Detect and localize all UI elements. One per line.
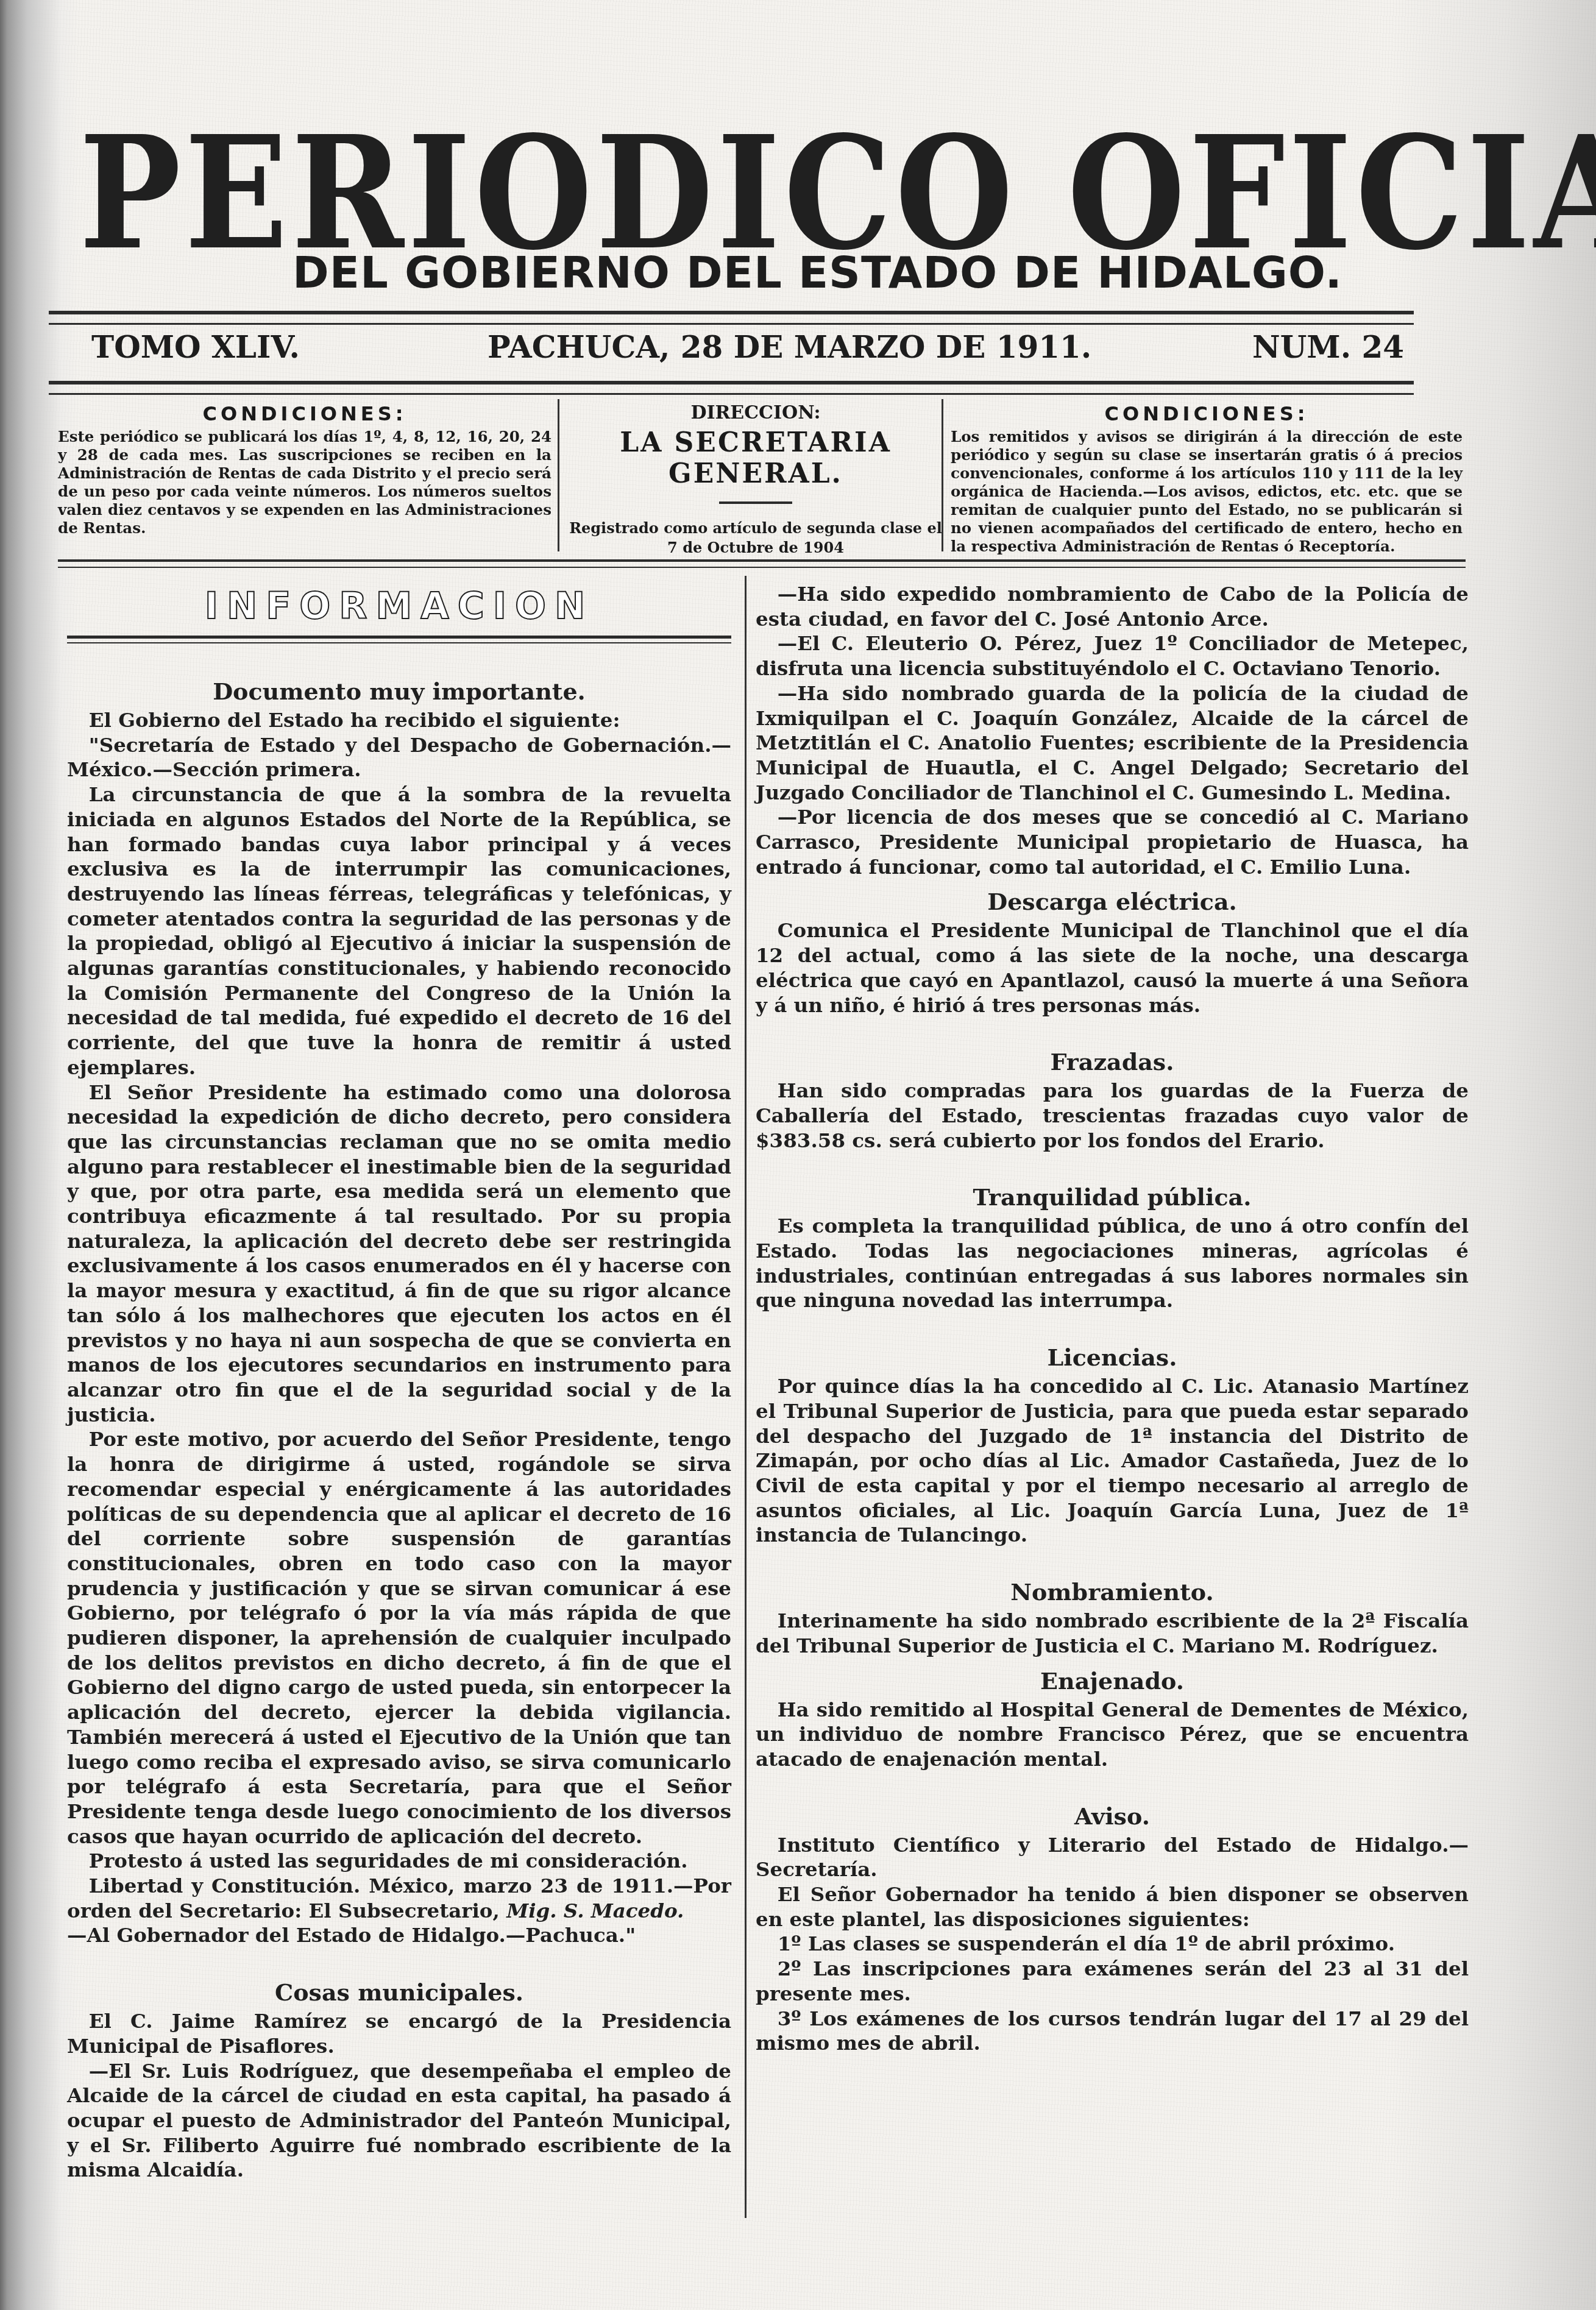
article-headline: Frazadas. <box>756 1048 1469 1076</box>
conditions-box-right: CONDICIONES: Los remitidos y avisos se d… <box>951 402 1463 548</box>
article-headline: Aviso. <box>756 1802 1469 1830</box>
brief-notices: —Ha sido expedido nombramiento de Cabo d… <box>756 582 1469 879</box>
article-headline: Licencias. <box>756 1344 1469 1372</box>
article-paragraph: La circunstancia de que á la sombra de l… <box>67 782 731 1080</box>
article-nombramiento: Nombramiento. Interinamente ha sido nomb… <box>756 1578 1469 1658</box>
conditions-text-left: Este periódico se publicará los días 1º,… <box>58 428 552 537</box>
signature: Mig. S. Macedo. <box>506 1899 684 1922</box>
box-divider <box>942 399 943 551</box>
article-paragraph: Por quince días la ha concedido al C. Li… <box>756 1374 1469 1548</box>
registration-note: Registrado como artículo de segunda clas… <box>564 519 948 558</box>
article-paragraph: Protesto á usted las seguridades de mi c… <box>67 1849 731 1874</box>
conditions-text-right: Los remitidos y avisos se dirigirán á la… <box>951 428 1463 556</box>
notice-paragraph: —Ha sido nombrado guarda de la policía d… <box>756 681 1469 806</box>
article-headline: Descarga eléctrica. <box>756 888 1469 916</box>
masthead-rule-bottom <box>49 381 1414 395</box>
volume-label: TOMO XLIV. <box>91 329 300 365</box>
direction-rule <box>719 501 792 504</box>
article-paragraph: El Señor Gobernador ha tenido á bien dis… <box>756 1882 1469 1932</box>
notice-paragraph: —Ha sido expedido nombramiento de Cabo d… <box>756 582 1469 631</box>
article-paragraph: —Al Gobernador del Estado de Hidalgo.—Pa… <box>67 1923 731 1948</box>
article-paragraph: Han sido compradas para los guardas de l… <box>756 1079 1469 1153</box>
article-headline: Nombramiento. <box>756 1578 1469 1606</box>
conditions-box-left: CONDICIONES: Este periódico se publicará… <box>58 402 552 548</box>
article-aviso: Aviso. Instituto Científico y Literario … <box>756 1802 1469 2056</box>
article-paragraph: Por este motivo, por acuerdo del Señor P… <box>67 1427 731 1849</box>
conditions-heading-right: CONDICIONES: <box>951 402 1463 425</box>
direction-name: LA SECRETARIA GENERAL. <box>564 427 948 489</box>
article-headline: Documento muy importante. <box>67 678 731 706</box>
list-item: 3º Los exámenes de los cursos tendrán lu… <box>756 2007 1469 2056</box>
article-licencias: Licencias. Por quince días la ha concedi… <box>756 1344 1469 1548</box>
conditions-heading-left: CONDICIONES: <box>58 402 552 425</box>
article-paragraph: Libertad y Constitución. México, marzo 2… <box>67 1874 731 1923</box>
article-paragraph: Instituto Científico y Literario del Est… <box>756 1833 1469 1882</box>
list-item: 1º Las clases se suspenderán el día 1º d… <box>756 1932 1469 1957</box>
boxes-rule-bottom <box>58 559 1466 568</box>
list-item: 2º Las inscripciones para exámenes serán… <box>756 1957 1469 2006</box>
issue-number: NUM. 24 <box>1252 329 1404 365</box>
box-divider <box>558 399 559 551</box>
article-frazadas: Frazadas. Han sido compradas para los gu… <box>756 1048 1469 1153</box>
article-paragraph: Ha sido remitido al Hospital General de … <box>756 1698 1469 1772</box>
article-descarga: Descarga eléctrica. Comunica el Presiden… <box>756 888 1469 1018</box>
article-paragraph: El Señor Presidente ha estimado como una… <box>67 1080 731 1428</box>
right-column: —Ha sido expedido nombramiento de Cabo d… <box>756 582 1469 2056</box>
article-headline: Tranquilidad pública. <box>756 1183 1469 1211</box>
notice-paragraph: —Por licencia de dos meses que se conced… <box>756 805 1469 879</box>
article-headline: Enajenado. <box>756 1667 1469 1695</box>
article-cosas-municipales: Cosas municipales. El C. Jaime Ramírez s… <box>67 1979 731 2183</box>
notice-paragraph: —El C. Eleuterio O. Pérez, Juez 1º Conci… <box>756 631 1469 681</box>
masthead-rule-top <box>49 311 1414 325</box>
article-paragraph: Comunica el Presidente Municipal de Tlan… <box>756 918 1469 1018</box>
issue-line: TOMO XLIV. PACHUCA, 28 DE MARZO DE 1911.… <box>91 329 1396 372</box>
article-paragraph: Es completa la tranquilidad pública, de … <box>756 1214 1469 1313</box>
direction-heading: DIRECCION: <box>564 402 948 423</box>
section-header: INFORMACION <box>67 582 731 631</box>
article-paragraph: El C. Jaime Ramírez se encargó de la Pre… <box>67 2009 731 2058</box>
article-paragraph: —El Sr. Luis Rodríguez, que desempeñaba … <box>67 2059 731 2183</box>
article-headline: Cosas municipales. <box>67 1979 731 2007</box>
article-tranquilidad: Tranquilidad pública. Es completa la tra… <box>756 1183 1469 1313</box>
newspaper-subtitle: DEL GOBIERNO DEL ESTADO DE HIDALGO. <box>293 247 1268 298</box>
direction-box: DIRECCION: LA SECRETARIA GENERAL. Regist… <box>564 402 948 548</box>
column-divider <box>745 576 747 2218</box>
place-date: PACHUCA, 28 DE MARZO DE 1911. <box>488 329 1091 365</box>
left-column: INFORMACION Documento muy importante. El… <box>67 582 731 2183</box>
article-paragraph: El Gobierno del Estado ha recibido el si… <box>67 708 731 733</box>
section-header-rule <box>67 636 731 643</box>
article-documento: Documento muy importante. El Gobierno de… <box>67 678 731 1948</box>
article-paragraph: "Secretaría de Estado y del Despacho de … <box>67 733 731 782</box>
article-paragraph: Interinamente ha sido nombrado escribien… <box>756 1609 1469 1658</box>
article-enajenado: Enajenado. Ha sido remitido al Hospital … <box>756 1667 1469 1772</box>
